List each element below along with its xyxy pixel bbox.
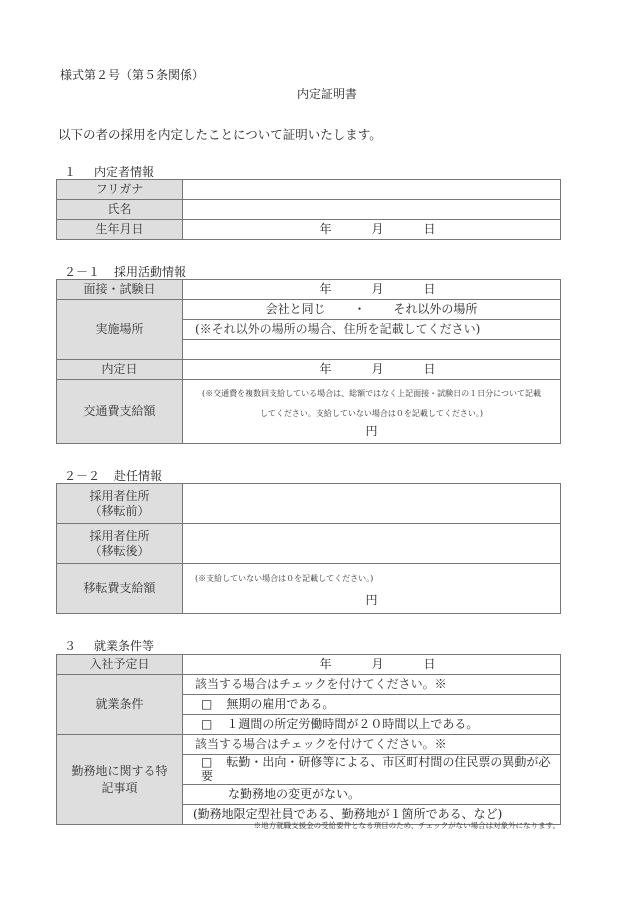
workplace-check-note: 該当する場合はチェックを付けてください。※ (183, 735, 561, 755)
transport-note-2: してください。支給していない場合は０を記載してください。) (183, 404, 560, 424)
venue-option-other[interactable]: それ以外の場所 (393, 302, 477, 316)
venue-address-field[interactable] (183, 340, 561, 360)
recruitment-info-table: 面接・試験日 年月日 実施場所 会社と同じ ・ それ以外の場所 (※それ以外の場… (56, 279, 561, 444)
relocation-yen-unit: 円 (183, 593, 560, 607)
relocation-note: (※支給していない場合は０を記載してください。) (183, 569, 560, 589)
relocation-amount-label: 移転費支給額 (57, 564, 183, 614)
venue-label: 実施場所 (57, 300, 183, 360)
relocation-amount-field[interactable]: (※支給していない場合は０を記載してください。) 円 (183, 564, 561, 614)
address-after-field[interactable] (183, 524, 561, 564)
section-2-2-heading: ２－２赴任情報 (64, 467, 162, 484)
start-date-field[interactable]: 年月日 (183, 655, 561, 675)
form-number: 様式第２号（第５条関係） (60, 66, 204, 83)
venue-options: 会社と同じ ・ それ以外の場所 (183, 300, 561, 320)
applicant-info-table: フリガナ 氏名 生年月日 年月日 (56, 179, 561, 240)
interview-date-field[interactable]: 年月日 (183, 280, 561, 300)
checkbox-icon[interactable]: □ (201, 697, 212, 711)
address-before-field[interactable] (183, 484, 561, 524)
transport-note-1: (※交通費を複数回支給している場合は、総額ではなく上記面接・試験日の１日分につい… (183, 384, 560, 404)
interview-date-label: 面接・試験日 (57, 280, 183, 300)
condition-20-hours[interactable]: □１週間の所定労働時間が２０時間以上である。 (183, 715, 561, 735)
address-before-label: 採用者住所 （移転前） (57, 484, 183, 524)
conditions-label: 就業条件 (57, 675, 183, 735)
workplace-text-continued: な勤務地の変更がない。 (183, 784, 561, 804)
venue-note: (※それ以外の場所の場合、住所を記載してください) (183, 320, 561, 340)
section-1-heading: １内定者情報 (64, 163, 154, 180)
transport-field[interactable]: (※交通費を複数回支給している場合は、総額ではなく上記面接・試験日の１日分につい… (183, 380, 561, 444)
section-2-1-heading: ２－１採用活動情報 (64, 263, 186, 280)
workplace-label: 勤務地に関する特 記事項 (57, 735, 183, 825)
name-field[interactable] (183, 200, 561, 220)
document-title: 内定証明書 (0, 85, 630, 102)
start-date-label: 入社予定日 (57, 655, 183, 675)
offer-date-label: 内定日 (57, 360, 183, 380)
footnote: ※地方就職支援金の受給要件となる項目のため、チェックがない場合は対象外になります… (254, 820, 560, 831)
name-label: 氏名 (57, 200, 183, 220)
employment-conditions-table: 入社予定日 年月日 就業条件 該当する場合はチェックを付けてください。※ □無期… (56, 654, 561, 825)
venue-option-same[interactable]: 会社と同じ (266, 302, 326, 316)
checkbox-icon[interactable]: □ (201, 717, 212, 731)
workplace-no-relocation[interactable]: □転勤・出向・研修等による、市区町村間の住民票の異動が必要 (183, 755, 561, 785)
furigana-field[interactable] (183, 180, 561, 200)
transport-label: 交通費支給額 (57, 380, 183, 444)
birthdate-field[interactable]: 年月日 (183, 220, 561, 240)
address-after-label: 採用者住所 （移転後） (57, 524, 183, 564)
furigana-label: フリガナ (57, 180, 183, 200)
offer-date-field[interactable]: 年月日 (183, 360, 561, 380)
relocation-info-table: 採用者住所 （移転前） 採用者住所 （移転後） 移転費支給額 (※支給していない… (56, 483, 561, 614)
transport-yen-unit: 円 (183, 424, 560, 438)
birthdate-label: 生年月日 (57, 220, 183, 240)
intro-text: 以下の者の採用を内定したことについて証明いたします。 (58, 125, 382, 143)
conditions-check-note: 該当する場合はチェックを付けてください。※ (183, 675, 561, 695)
checkbox-icon[interactable]: □ (201, 755, 212, 769)
condition-indefinite-term[interactable]: □無期の雇用である。 (183, 695, 561, 715)
section-3-heading: ３就業条件等 (64, 637, 154, 654)
